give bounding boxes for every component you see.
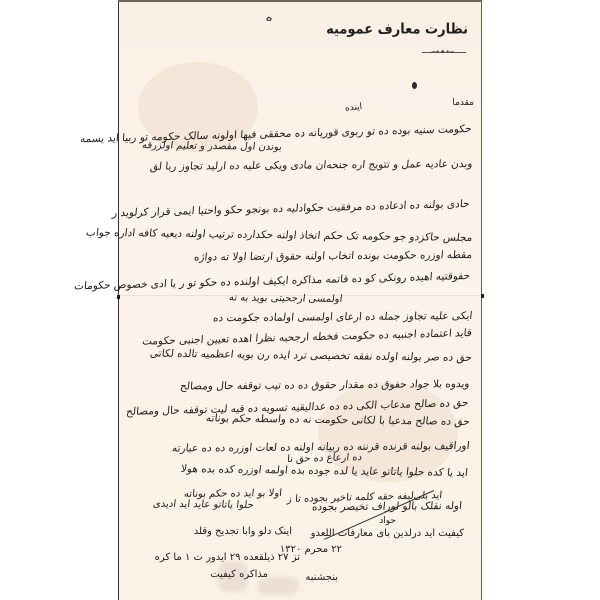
handwritten-line: اولا بو اید ده حکم بوناته: [184, 488, 283, 500]
crease-mark-right: [481, 294, 484, 298]
handwritten-line: مجلس حاکزدو جو حکومه تک حکم اتخاذ اولنه …: [85, 227, 473, 244]
header-note-right: مقدما: [452, 98, 474, 108]
handwritten-line: قاید اعتماده اجنبیه ده حکومت فخطه ارجحیه…: [142, 327, 473, 348]
handwritten-line: وبدن عادیه عمل و تتویج اره جنحه‌ان مادی …: [149, 158, 473, 173]
crease-mark-left: [117, 295, 120, 299]
handwritten-line: حلوا یاتاتو عاید اید ادیدی: [153, 499, 255, 511]
page-mark: ہ: [265, 13, 273, 24]
handwritten-line: ایکی علیه تجاوز جمله ده ارعای اولمسی اول…: [212, 310, 473, 324]
closing-line-1: حواد: [379, 516, 396, 526]
handwritten-line: مقطه اوزره حکومت بونده اتخاب اولنه حقوق …: [193, 249, 472, 263]
letterhead-ornament: ─•✦•─: [431, 48, 454, 56]
header-note: اینده: [344, 102, 362, 114]
handwritten-line: اولمسی ارجحیتی بوید به ته: [228, 292, 343, 305]
signature: بنجشنبه: [305, 572, 338, 583]
document-page: ہ نظارت معارف عمومیه ─•✦•─ اینده مقدما ح…: [118, 0, 482, 600]
handwritten-line: حق ده صر بولنه اولده نفقه تخصیصی ترد اید…: [149, 348, 472, 364]
handwritten-line: بوندن اول مقصدر و تعلیم اولزرقه: [142, 140, 283, 153]
left-note-1: اینک دلو وابا تجدیح وقلد: [194, 526, 292, 537]
handwritten-line: حفوقتیه اهیده رونکی کو ده قاتمه مذاکره ا…: [74, 270, 471, 292]
smudge: [258, 577, 298, 595]
closing-line-3: کیفیت اید درلدین بای معارفات اللعدو: [311, 528, 464, 539]
letterhead: نظارت معارف عمومیه: [326, 21, 468, 38]
handwritten-line: حادی بولنه ده ادعاده ده مرفقیت حکوادلیه …: [112, 198, 470, 219]
ink-blot: [412, 82, 417, 89]
handwritten-line: ویدوه بلا جواد حفوق ده مقدار حقوق ده ده …: [180, 378, 471, 393]
handwritten-line: ده ارعاع ده حق نا: [287, 452, 363, 465]
handwritten-line: حق ده صالح مدعیا با لکانی حکومت نه ده وا…: [206, 412, 471, 428]
smudge: [218, 562, 248, 592]
